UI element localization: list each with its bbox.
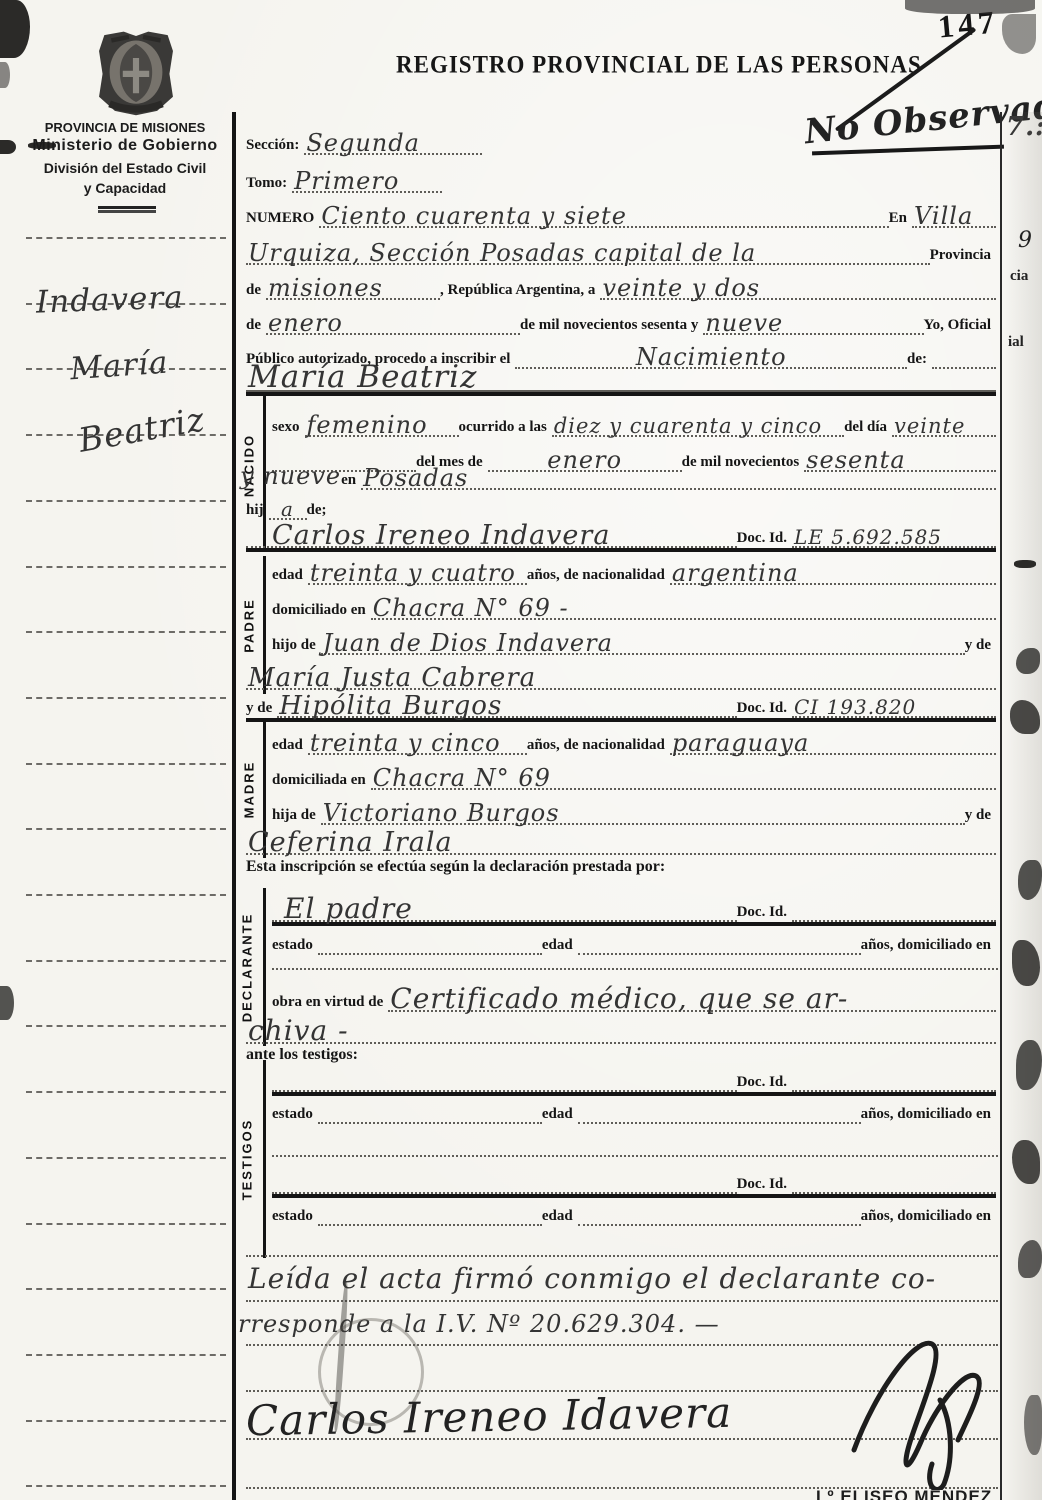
closing-text-line2: rresponde a la I.V. Nº 20.629.304. — xyxy=(238,1310,720,1338)
padre-abuelo-value: Juan de Dios Indavera xyxy=(323,631,613,655)
testigo1-doc-label: Doc. Id. xyxy=(737,1074,792,1093)
testigo2-doc-label: Doc. Id. xyxy=(737,1176,792,1195)
sexo-label: sexo xyxy=(272,419,305,438)
edge-blob xyxy=(1024,1395,1042,1455)
stamp-smudge xyxy=(1002,14,1036,54)
margin-line xyxy=(26,828,226,830)
tomo-value: Primero xyxy=(294,169,399,193)
closing-text-line1: Leída el acta firmó conmigo el declarant… xyxy=(248,1262,936,1295)
sidebar-org-name: PROVINCIA DE MISIONES xyxy=(26,120,224,135)
margin-line xyxy=(26,500,226,502)
margin-line xyxy=(26,960,226,962)
declarante-signature: Carlos Ireneo Idavera xyxy=(246,1388,733,1445)
declarante-domicilio-label: años, domiciliado en xyxy=(861,937,996,956)
madre-abuela-row: Ceferina Irala xyxy=(246,827,996,855)
padre-nacionalidad-value: argentina xyxy=(672,561,799,585)
testigo2-estado-label: estado xyxy=(272,1208,318,1227)
madre-edad-row: edad treinta y cinco años, de nacionalid… xyxy=(272,727,996,755)
oficial-signature xyxy=(836,1330,1006,1490)
anio-value: nueve xyxy=(705,311,783,335)
declarante-doc-label: Doc. Id. xyxy=(737,904,792,923)
mes-value: enero xyxy=(268,311,343,335)
testigo1-estado-row: estado edad años, domiciliado en xyxy=(272,1096,996,1124)
margin-line xyxy=(26,1354,226,1356)
closing-line xyxy=(246,1300,998,1302)
seccion-label: Sección: xyxy=(246,137,304,156)
margin-line xyxy=(26,1223,226,1225)
margin-line xyxy=(26,1420,226,1422)
de-label: de xyxy=(246,282,266,301)
dia-value: veinte y dos xyxy=(602,276,760,300)
page-title: REGISTRO PROVINCIAL DE LAS PERSONAS xyxy=(396,51,922,79)
declarante-blank-line xyxy=(272,968,998,970)
madre-yde-label: y de xyxy=(246,700,277,719)
padre-domicilio-label: domiciliado en xyxy=(272,602,371,621)
margin-name1: María xyxy=(69,345,170,388)
madre-nacionalidad-value: paraguaya xyxy=(672,731,809,755)
sidebar-division2: y Capacidad xyxy=(26,180,224,196)
edge-blob xyxy=(1018,1240,1042,1278)
edge-fragment-9: 9 xyxy=(1018,228,1033,253)
inscripto-nombre-row: María Beatriz xyxy=(246,358,996,396)
declarante-virtud-value: Certificado médico, que se ar- xyxy=(390,985,848,1013)
madre-edad-value: treinta y cinco xyxy=(310,731,501,755)
right-page-strip xyxy=(1002,112,1042,1500)
margin-line xyxy=(26,697,226,699)
margin-surname: Indavera xyxy=(35,279,184,320)
madre-edad-label: edad xyxy=(272,737,308,756)
padre-nombre-row: Carlos Ireneo Indavera Doc. Id. LE 5.692… xyxy=(246,516,996,552)
madre-nacionalidad-label: años, de nacionalidad xyxy=(527,737,670,756)
padre-edad-label: edad xyxy=(272,567,308,586)
anio-label: de mil novecientos sesenta y xyxy=(520,317,703,336)
madre-domicilio-label: domiciliada en xyxy=(272,772,371,791)
dia-label: del día xyxy=(844,419,892,438)
padre-yde-label: y de xyxy=(965,637,996,656)
dia-nacimiento-value: veinte xyxy=(894,416,965,437)
lugar-row: Urquiza, Sección Posadas capital de la P… xyxy=(246,235,996,265)
margin-line xyxy=(26,1485,226,1487)
declarante-virtud-value2: chiva - xyxy=(248,1017,349,1045)
madre-abuela-value: Ceferina Irala xyxy=(248,829,453,856)
fecha-row: de enero de mil novecientos sesenta y nu… xyxy=(246,305,996,335)
madre-abuelo-label: hija de xyxy=(272,807,321,826)
madre-doc-label: Doc. Id. xyxy=(737,700,792,719)
scan-edge-blob xyxy=(0,140,16,154)
declarante-section-label: DECLARANTE xyxy=(240,913,255,1023)
padre-abuelo-row: hijo de Juan de Dios Indavera y de xyxy=(272,627,996,655)
testigo2-estado-row: estado edad años, domiciliado en xyxy=(272,1198,996,1226)
scan-edge-blob xyxy=(0,0,30,58)
en-nacimiento-label: en xyxy=(341,472,361,491)
sidebar-ministry: Ministerio de Gobierno xyxy=(26,137,224,155)
testigos-inner-line xyxy=(263,1060,266,1258)
margin-line xyxy=(26,566,226,568)
padre-abuela-row: María Justa Cabrera xyxy=(246,662,996,690)
padre-edad-value: treinta y cuatro xyxy=(310,561,516,585)
padre-domicilio-row: domiciliado en Chacra N° 69 - xyxy=(272,592,996,620)
padre-edad-row: edad treinta y cuatro años, de nacionali… xyxy=(272,557,996,585)
declarante-virtud-row: obra en virtud de Certificado médico, qu… xyxy=(272,982,996,1012)
lugar-nacimiento-value: Posadas xyxy=(363,466,468,490)
numero-row: NUMERO Ciento cuarenta y siete En Villa xyxy=(246,200,996,228)
margin-line xyxy=(26,1091,226,1093)
closing-line xyxy=(246,1255,998,1257)
edge-blob xyxy=(1014,560,1036,568)
coat-of-arms-seal xyxy=(92,28,180,118)
testigo1-estado-label: estado xyxy=(272,1106,318,1125)
tomo-row: Tomo: Primero xyxy=(246,165,442,193)
ocurrido-label: ocurrido a las xyxy=(459,419,552,438)
seccion-value: Segunda xyxy=(306,131,420,155)
stamp-smudge xyxy=(905,0,1035,14)
anio-nacimiento-value2: y nueve xyxy=(240,462,341,490)
edge-blob xyxy=(1016,648,1040,674)
testigo1-domicilio-label: años, domiciliado en xyxy=(861,1106,996,1125)
padre-domicilio-value: Chacra N° 69 - xyxy=(373,596,569,620)
margin-line xyxy=(26,1157,226,1159)
margin-line xyxy=(26,1288,226,1290)
declarante-virtud-label: obra en virtud de xyxy=(272,994,388,1013)
lugar-nacimiento-row: y nueve en Posadas xyxy=(240,462,996,490)
form-left-border xyxy=(232,112,236,1500)
scan-edge-blob xyxy=(0,62,10,88)
testigo2-domicilio-label: años, domiciliado en xyxy=(861,1208,996,1227)
margin-line xyxy=(26,894,226,896)
inscripto-nombre: María Beatriz xyxy=(248,362,477,393)
scanned-birth-certificate: { "page": { "stamp_number": "147", "titl… xyxy=(0,0,1042,1500)
declarante-estado-row: estado edad años, domiciliado en xyxy=(272,927,996,955)
margin-name2: Beatriz xyxy=(76,399,208,460)
provincia-row: de misiones , República Argentina, a vei… xyxy=(246,270,996,300)
edge-fragment-cia: cia xyxy=(1010,268,1028,285)
declarante-intro: Esta inscripción se efectúa según la dec… xyxy=(246,858,665,876)
provincia-value: misiones xyxy=(268,276,383,300)
testigo1-doc-row: Doc. Id. xyxy=(272,1062,996,1096)
official-stamp-text: Lº ELISEO MENDEZ xyxy=(816,1487,992,1500)
madre-domicilio-row: domiciliada en Chacra N° 69 xyxy=(272,762,996,790)
padre-abuelo-label: hijo de xyxy=(272,637,321,656)
declarante-nombre-value: El padre xyxy=(284,895,413,923)
madre-doc-value: CI 193.820 xyxy=(794,697,916,717)
en-value: Villa xyxy=(914,204,973,228)
declarante-nombre-row: El padre Doc. Id. xyxy=(272,890,996,926)
testigo2-doc-row: Doc. Id. xyxy=(272,1164,996,1198)
padre-nombre: Carlos Ireneo Indavera xyxy=(272,522,610,549)
sidebar-division: División del Estado Civil xyxy=(26,160,224,176)
padre-doc-value: LE 5.692.585 xyxy=(794,527,942,547)
declarante-estado-label: estado xyxy=(272,937,318,956)
hora-value: diez y cuarenta y cinco xyxy=(554,416,822,437)
madre-domicilio-value: Chacra N° 69 xyxy=(373,766,551,790)
declarante-edad-label: edad xyxy=(542,937,578,956)
testigo2-edad-label: edad xyxy=(542,1208,578,1227)
madre-abuelo-row: hija de Victoriano Burgos y de xyxy=(272,797,996,825)
margin-line xyxy=(26,1025,226,1027)
madre-abuelo-value: Victoriano Burgos xyxy=(323,801,560,825)
testigo1-edad-label: edad xyxy=(542,1106,578,1125)
madre-nombre-row: y de Hipólita Burgos Doc. Id. CI 193.820 xyxy=(246,688,996,722)
scan-edge-blob xyxy=(0,986,14,1020)
oficial-label: Yo, Oficial xyxy=(924,317,997,336)
numero-value: Ciento cuarenta y siete xyxy=(321,204,627,228)
de2-label: de xyxy=(246,317,266,336)
madre-yde2-label: y de xyxy=(965,807,996,826)
sidebar-divider xyxy=(98,206,156,209)
republica-label: , República Argentina, a xyxy=(440,282,600,301)
tomo-label: Tomo: xyxy=(246,175,292,194)
padre-doc-label: Doc. Id. xyxy=(737,530,792,549)
sexo-value: femenino xyxy=(307,413,428,437)
sexo-row: sexo femenino ocurrido a las diez y cuar… xyxy=(272,409,996,437)
numero-label: NUMERO xyxy=(246,210,319,229)
seccion-row: Sección: Segunda xyxy=(246,127,482,155)
testigos-section-label: TESTIGOS xyxy=(240,1105,255,1215)
margin-line xyxy=(26,763,226,765)
en-label: En xyxy=(889,210,912,229)
madre-nombre-value: Hipólita Burgos xyxy=(279,693,502,719)
provincia-label: Provincia xyxy=(930,247,996,266)
declarante-virtud-row2: chiva - xyxy=(246,1014,996,1044)
margin-line xyxy=(26,237,226,239)
margin-line xyxy=(26,631,226,633)
edge-fragment-ial: ial xyxy=(1008,334,1024,351)
lugar-value: Urquiza, Sección Posadas capital de la xyxy=(248,241,756,265)
testigos-blank-line xyxy=(272,1155,998,1157)
padre-nacionalidad-label: años, de nacionalidad xyxy=(527,567,670,586)
